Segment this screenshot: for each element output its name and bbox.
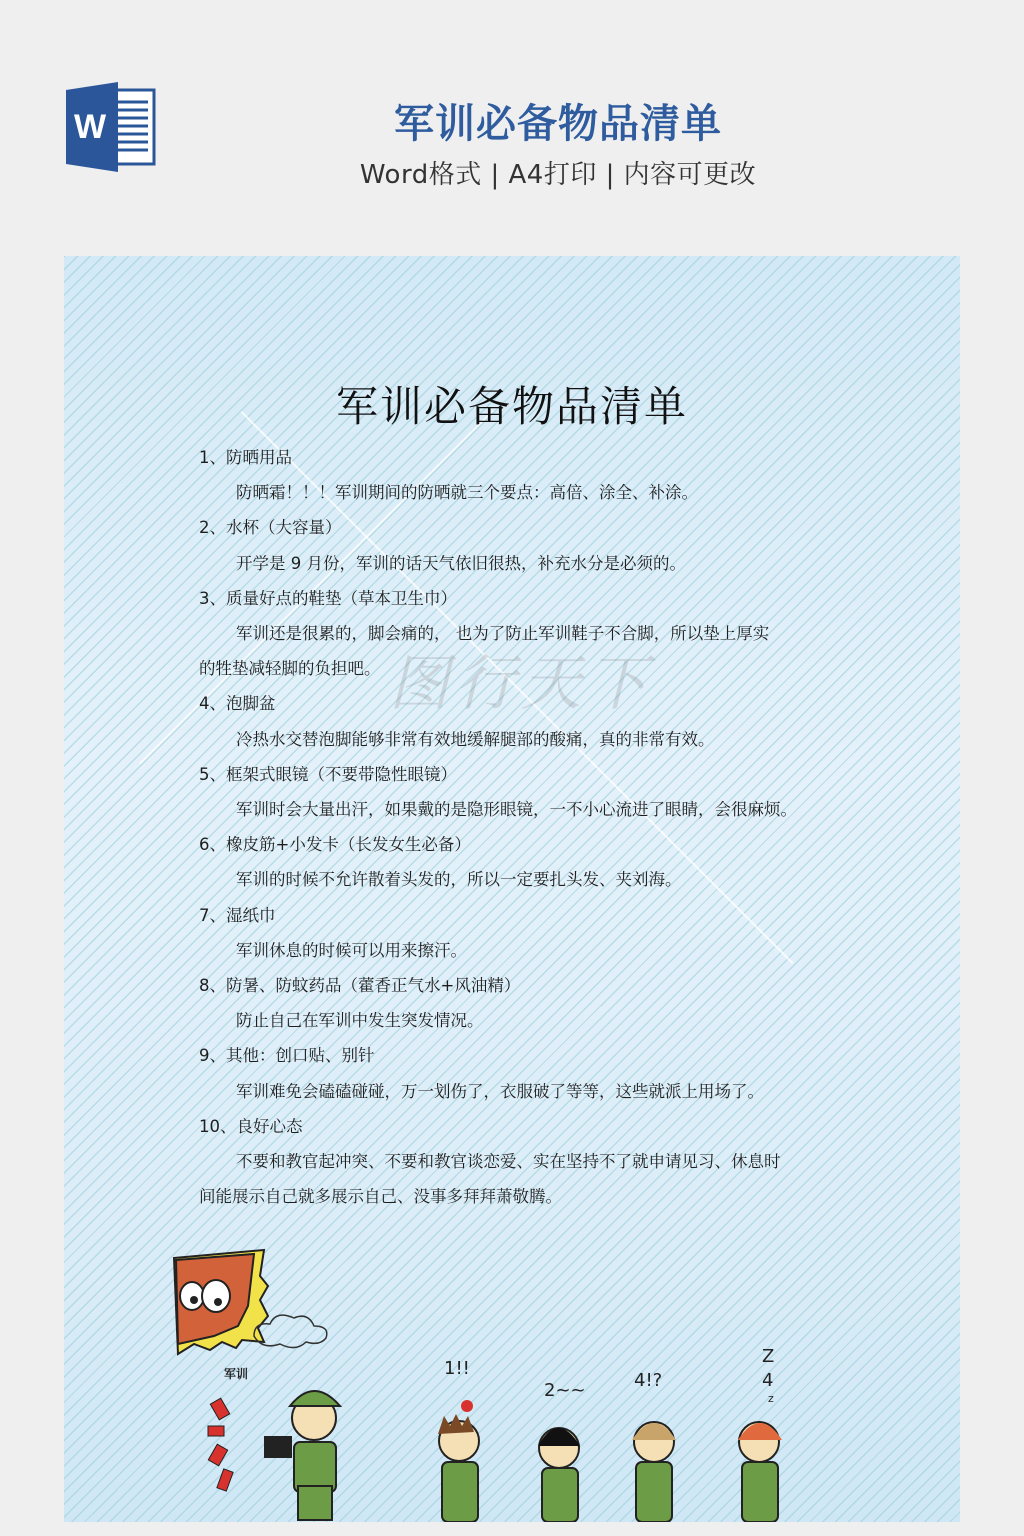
item-heading: 8、防暑、防蚊药品（藿香正气水+风油精）: [199, 968, 829, 1003]
student-figure: [738, 1422, 782, 1522]
item-description: 军训休息的时候可以用来擦汗。: [199, 933, 829, 968]
svg-text:W: W: [74, 108, 107, 146]
item-heading: 5、框架式眼镜（不要带隐性眼镜）: [199, 757, 829, 792]
item-heading: 10、良好心态: [199, 1109, 829, 1144]
item-heading: 2、水杯（大容量）: [199, 510, 829, 545]
checklist: 1、防晒用品 防晒霜！！！军训期间的防晒就三个要点：高倍、涂全、补涂。 2、水杯…: [199, 440, 829, 1214]
item-heading: 4、泡脚盆: [199, 686, 829, 721]
word-document-icon: W: [64, 80, 156, 172]
item-description: 军训还是很累的，脚会痛的， 也为了防止军训鞋子不合脚，所以垫上厚实: [199, 616, 829, 651]
item-description: 不要和教官起冲突、不要和教官谈恋爱、实在坚持不了就申请见习、休息时: [199, 1144, 829, 1179]
checklist-item: 2、水杯（大容量） 开学是 9 月份，军训的话天气依旧很热，补充水分是必须的。: [199, 510, 829, 580]
svg-text:4: 4: [762, 1370, 773, 1391]
item-heading: 3、质量好点的鞋垫（草本卫生巾）: [199, 581, 829, 616]
checklist-item: 8、防暑、防蚊药品（藿香正气水+风油精） 防止自己在军训中发生突发情况。: [199, 968, 829, 1038]
checklist-item: 7、湿纸巾 军训休息的时候可以用来擦汗。: [199, 898, 829, 968]
item-description: 防晒霜！！！军训期间的防晒就三个要点：高倍、涂全、补涂。: [199, 475, 829, 510]
item-heading: 6、橡皮筋+小发卡（长发女生必备）: [199, 827, 829, 862]
item-description: 防止自己在军训中发生突发情况。: [199, 1003, 829, 1038]
item-heading: 9、其他：创口贴、别针: [199, 1038, 829, 1073]
svg-text:1!!: 1!!: [444, 1358, 470, 1379]
student-figure: [632, 1422, 676, 1522]
item-description-continued: 的牲垫减轻脚的负担吧。: [199, 651, 829, 686]
item-description: 军训的时候不允许散着头发的，所以一定要扎头发、夹刘海。: [199, 862, 829, 897]
document-preview: 图行天下 军训必备物品清单 1、防晒用品 防晒霜！！！军训期间的防晒就三个要点：…: [64, 256, 960, 1522]
svg-text:2~~: 2~~: [544, 1380, 586, 1401]
page-header: W 军训必备物品清单 Word格式 | A4打印 | 内容可更改: [0, 0, 1024, 256]
military-training-cartoon: 军训 1!! 2~~: [164, 1246, 864, 1522]
item-description: 军训时会大量出汗，如果戴的是隐形眼镜，一不小心流进了眼睛，会很麻烦。: [199, 792, 829, 827]
checklist-item: 9、其他：创口贴、别针 军训难免会磕磕碰碰，万一划伤了，衣服破了等等，这些就派上…: [199, 1038, 829, 1108]
instructor-figure: [264, 1391, 340, 1520]
item-description: 冷热水交替泡脚能够非常有效地缓解腿部的酸痛，真的非常有效。: [199, 722, 829, 757]
item-description-continued: 间能展示自己就多展示自己、没事多拜拜萧敬腾。: [199, 1179, 829, 1214]
svg-text:z: z: [768, 1392, 774, 1405]
item-heading: 1、防晒用品: [199, 440, 829, 475]
document-title: 军训必备物品清单: [64, 374, 960, 434]
item-heading: 7、湿纸巾: [199, 898, 829, 933]
svg-text:4!?: 4!?: [634, 1370, 662, 1391]
page-title: 军训必备物品清单: [330, 92, 786, 149]
svg-text:军训: 军训: [224, 1366, 248, 1381]
item-description: 军训难免会磕磕碰碰，万一划伤了，衣服破了等等，这些就派上用场了。: [199, 1074, 829, 1109]
student-figure: [438, 1400, 479, 1522]
svg-text:Z: Z: [762, 1346, 774, 1367]
checklist-item: 3、质量好点的鞋垫（草本卫生巾） 军训还是很累的，脚会痛的， 也为了防止军训鞋子…: [199, 581, 829, 687]
page-subtitle: Word格式 | A4打印 | 内容可更改: [330, 154, 786, 191]
item-description: 开学是 9 月份，军训的话天气依旧很热，补充水分是必须的。: [199, 546, 829, 581]
checklist-item: 4、泡脚盆 冷热水交替泡脚能够非常有效地缓解腿部的酸痛，真的非常有效。: [199, 686, 829, 756]
checklist-item: 6、橡皮筋+小发卡（长发女生必备） 军训的时候不允许散着头发的，所以一定要扎头发…: [199, 827, 829, 897]
sun-icon: [174, 1250, 268, 1354]
checklist-item: 5、框架式眼镜（不要带隐性眼镜） 军训时会大量出汗，如果戴的是隐形眼镜，一不小心…: [199, 757, 829, 827]
checklist-item: 10、良好心态 不要和教官起冲突、不要和教官谈恋爱、实在坚持不了就申请见习、休息…: [199, 1109, 829, 1215]
student-figure: [538, 1428, 580, 1522]
checklist-item: 1、防晒用品 防晒霜！！！军训期间的防晒就三个要点：高倍、涂全、补涂。: [199, 440, 829, 510]
